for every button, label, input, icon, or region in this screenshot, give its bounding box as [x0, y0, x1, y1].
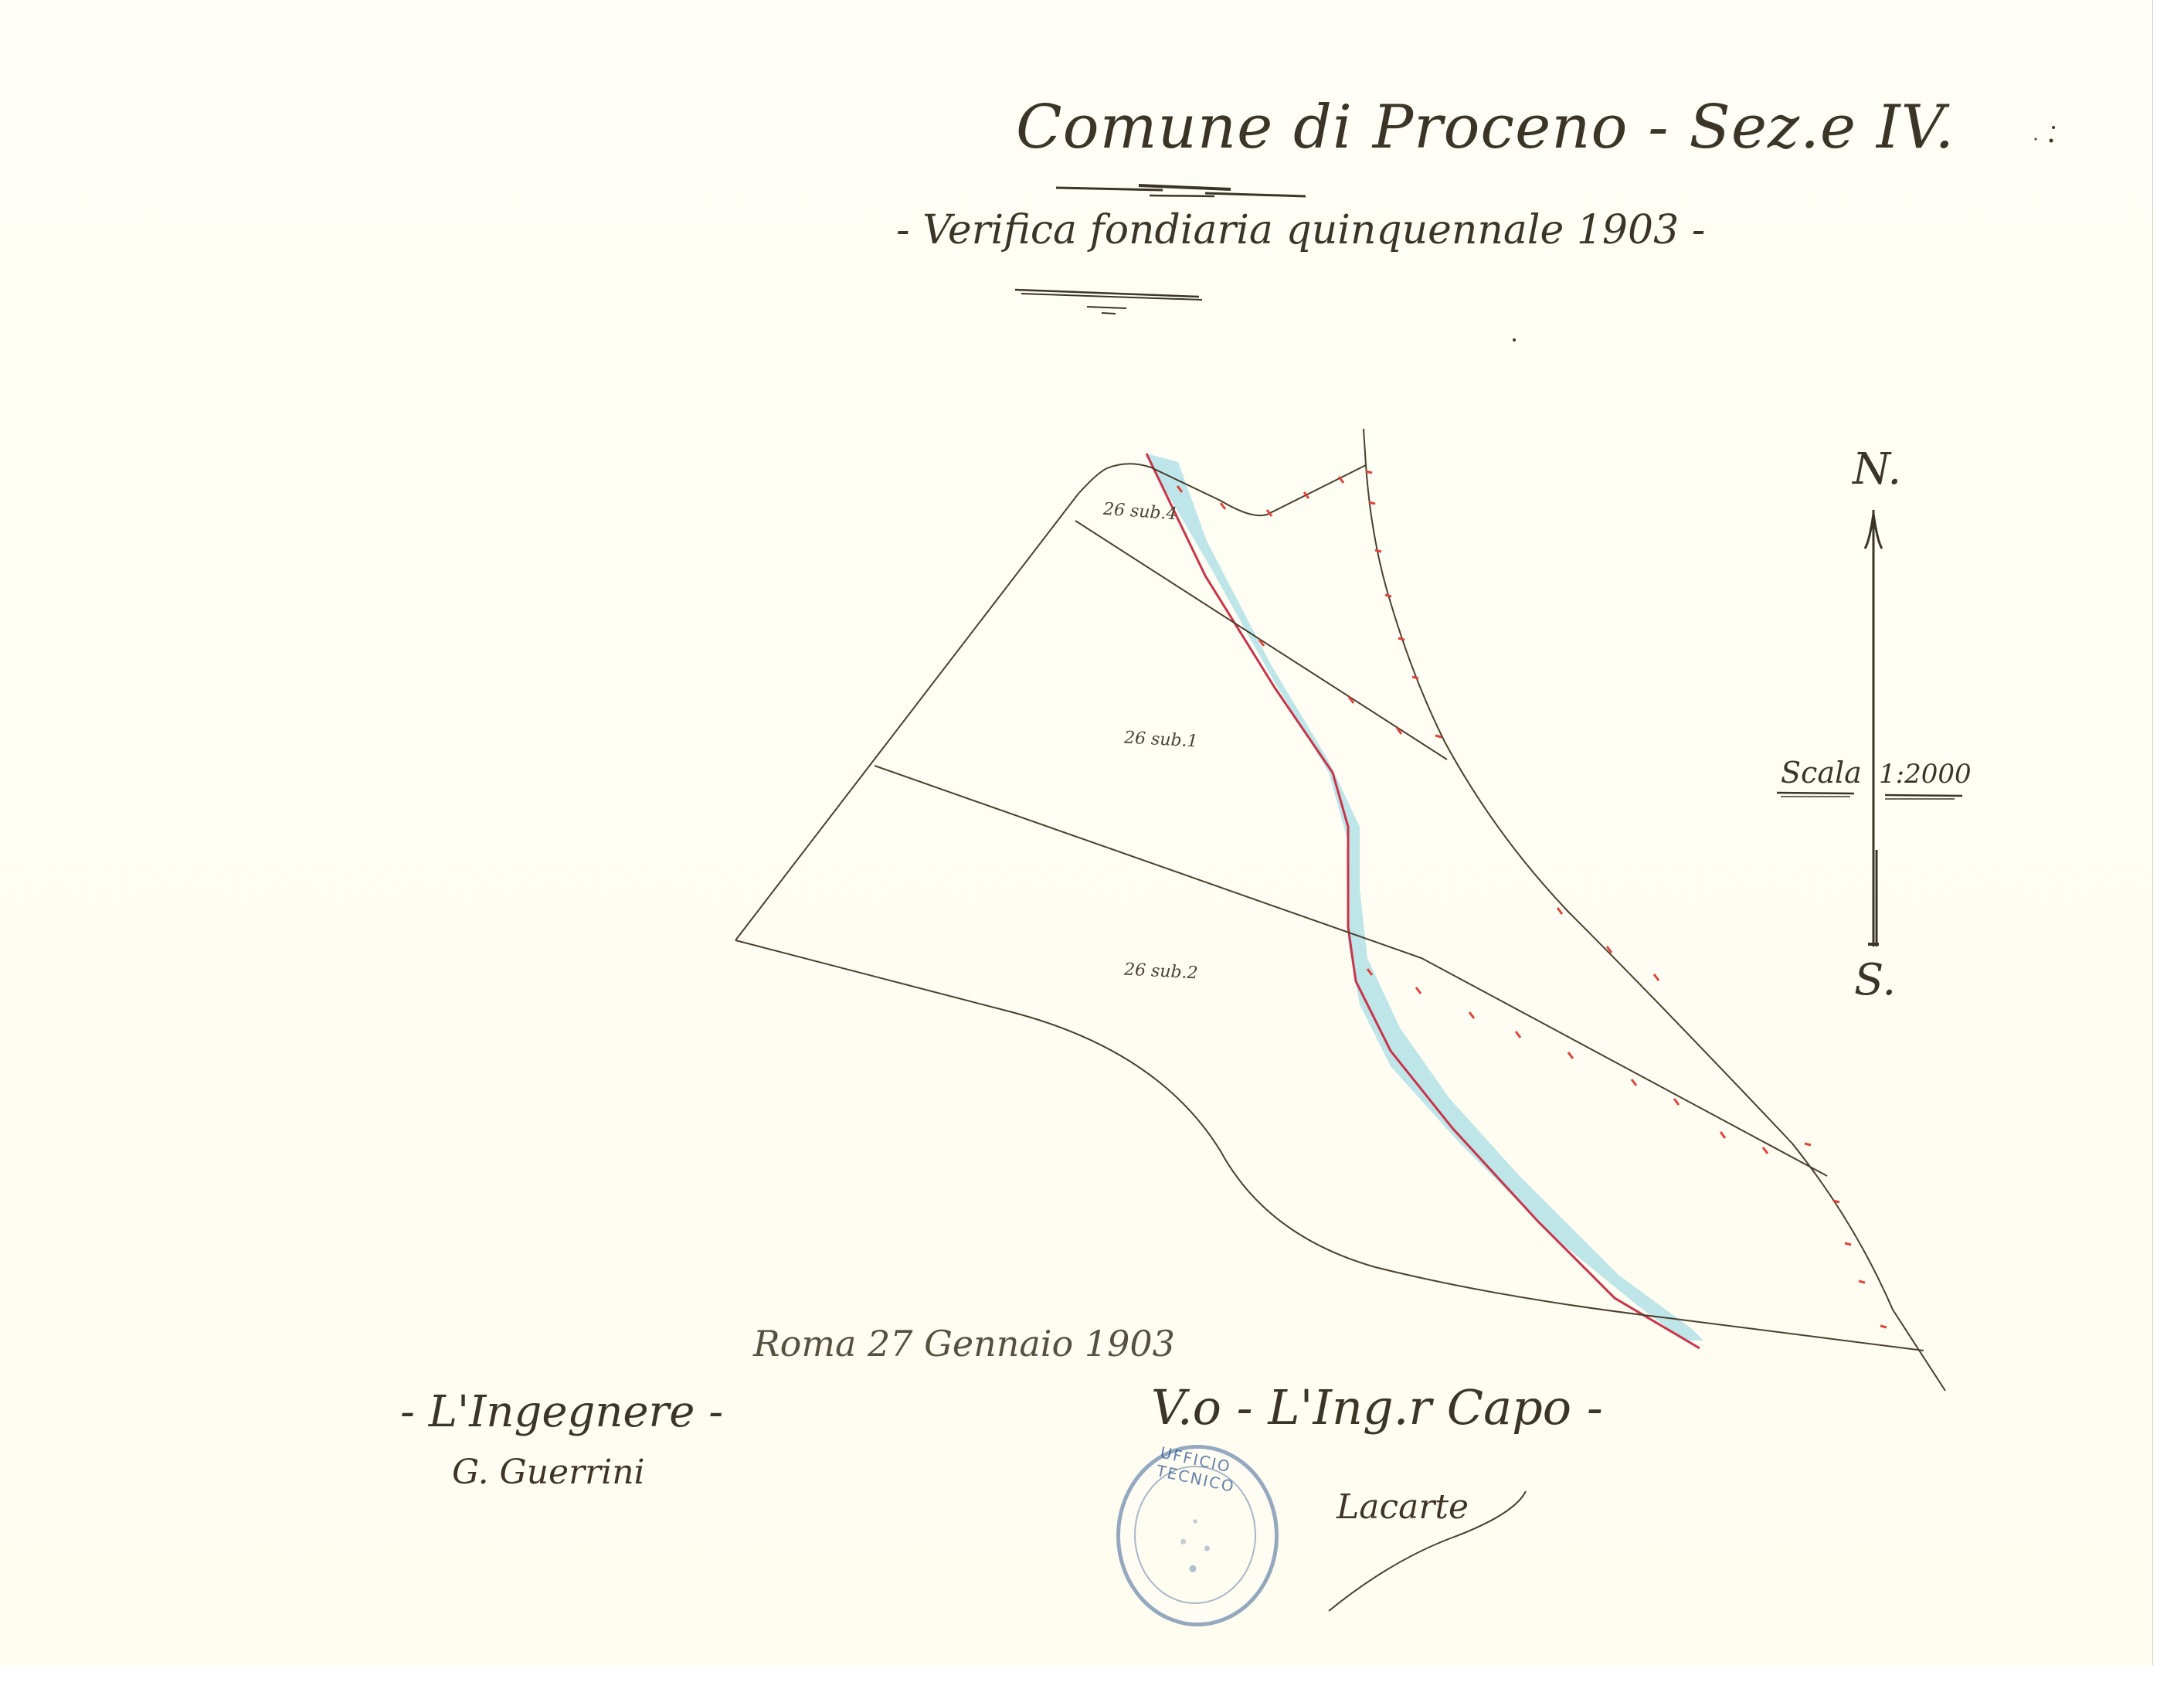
engineer-title: - L'Ingegnere -: [400, 1387, 723, 1437]
cadastral-map: [0, 0, 2184, 1689]
road-boundary-east: [1364, 429, 1945, 1391]
chief-engineer-signature: Lacarte: [1337, 1487, 1469, 1527]
engineer-signature: G. Guerrini: [452, 1453, 645, 1492]
subtitle-underline: [1015, 290, 1202, 314]
ink-specks: [1513, 126, 2055, 342]
scale-label: Scala: [1781, 756, 1862, 790]
chief-engineer-title: V.o - L'Ing.r Capo -: [1151, 1379, 1603, 1436]
compass-south-label: S.: [1854, 955, 1896, 1005]
north-arrow: [1865, 510, 1882, 946]
parcel-label-26-sub-2: 26 sub.2: [1123, 960, 1198, 984]
parcel-boundary-south: [735, 940, 1924, 1351]
boundary-sub4-sub1: [1075, 521, 1447, 760]
place-date: Roma 27 Gennaio 1903: [753, 1323, 1175, 1364]
parcel-boundary-northwest: [735, 468, 1107, 940]
official-stamp: UFFICIO TECNICO: [1116, 1445, 1279, 1626]
scale-value: 1:2000: [1879, 759, 1972, 790]
stream-water: [1146, 454, 1703, 1341]
scale-underline: [1777, 793, 1962, 799]
title-underline: [1056, 185, 1306, 196]
compass-north-label: N.: [1853, 444, 1901, 494]
parcel-label-26-sub-1: 26 sub.1: [1123, 729, 1198, 752]
